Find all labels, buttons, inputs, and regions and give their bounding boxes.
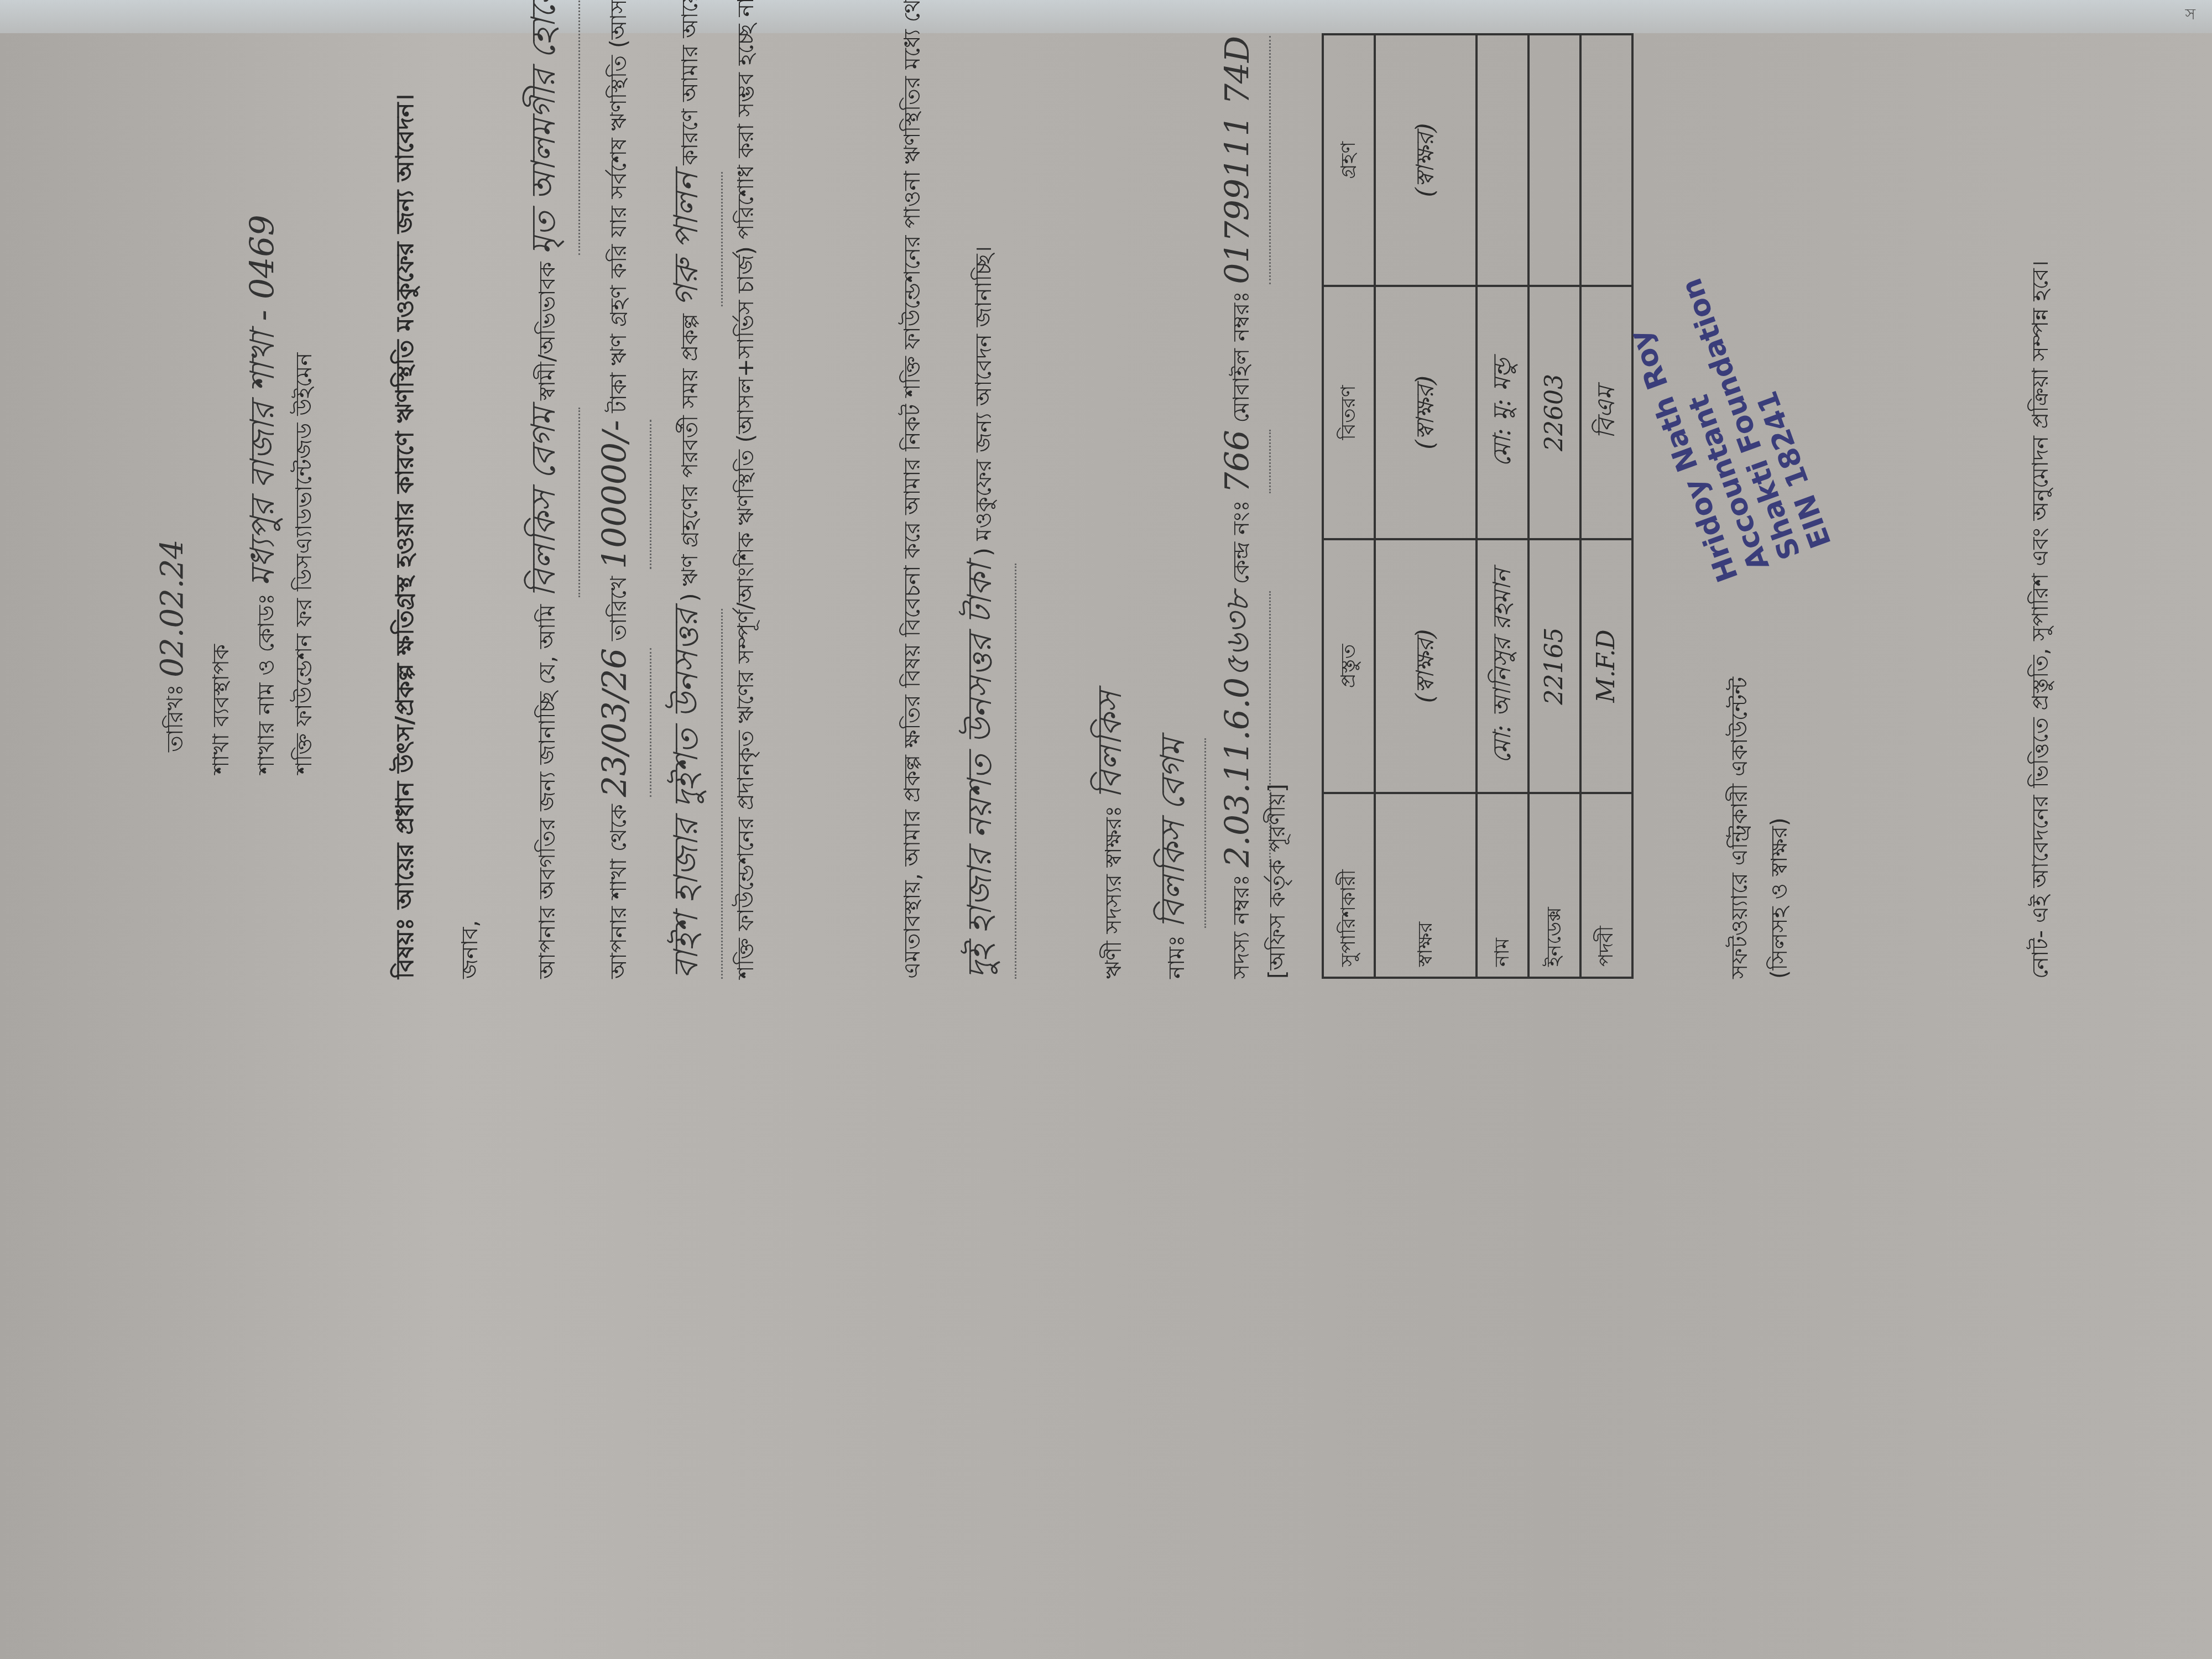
signature-cell: (স্বাক্ষর) [1375,539,1477,793]
member-signature-label: ঋণী সদস্যর স্বাক্ষরঃ [1101,806,1126,979]
date-label: তারিখঃ [163,684,188,752]
background-edge: স [0,0,2212,33]
footer-note: নোট- এই আবেদনের ভিত্তিতে প্রস্তুতি, সুপা… [2024,260,2057,979]
office-table: সুপারিশকারী প্রস্তুত বিতরণ গ্রহণ স্বাক্ষ… [1322,33,1634,979]
member-signature: বিলকিস [1091,691,1129,799]
accountant-block: সফটওয়্যারে এন্ট্রিকারী একাউন্টেন্ট (সিল… [1720,677,1799,979]
org-line: শক্তি ফাউন্ডেশন ফর ডিসএ্যাডভান্টেজড উইমে… [288,215,321,774]
outstanding-words-field: বাইশ হাজার দুইশত উনসত্তর [651,609,723,979]
loan-amount-field: 100000/- [580,420,651,569]
date-value: 02.02.24 [154,539,190,677]
member-info: ঋণী সদস্যর স্বাক্ষরঃ বিলকিস নামঃ বিলকিস … [1078,36,1271,979]
guardian-name-field: মৃত আলমগীর হোসেন [509,0,580,255]
column-header: বিতরণ [1323,286,1375,539]
body-paragraph-2: এমতাবস্থায়, আমার প্রকল্প ক্ষতির বিষয় ব… [874,0,1016,979]
branch-value: মধ্যপুর বাজার শাখা - 0469 [243,215,282,586]
column-header: সুপারিশকারী [1323,793,1375,978]
addressee: শাখা ব্যবস্থাপক শাখার নাম ও কোডঃ মধ্যপুর… [205,215,321,774]
application-letter: তারিখঃ 02.02.24 শাখা ব্যবস্থাপক শাখার না… [55,33,2157,1637]
accountant-label: সফটওয়্যারে এন্ট্রিকারী একাউন্টেন্ট [1720,677,1760,979]
table-row: স্বাক্ষর (স্বাক্ষর) (স্বাক্ষর) (স্বাক্ষর… [1375,34,1477,978]
addressee-title: শাখা ব্যবস্থাপক [205,215,238,774]
table-row: ইনডেক্স 22165 22603 [1528,34,1580,978]
signature-cell: (স্বাক্ষর) [1375,286,1477,539]
mobile-number: 01799111 74D [1206,36,1271,284]
center-number: 766 [1206,430,1271,493]
signature-cell: (স্বাক্ষর) [1375,34,1477,286]
table-row: পদবী M.F.D বিএম [1580,34,1632,978]
body-paragraph-1: আপনার অবগতির জন্য জানাচ্ছি যে, আমি বিলকি… [509,0,769,979]
member-name-field: বিলকিস বেগম [509,408,580,598]
office-section-title: [অফিস কর্তৃক পূরণীয়] [1261,784,1294,979]
project-field: গরু পালন [651,172,723,306]
accountant-stamp: Hridoy Nath Roy Accountant Shakti Founda… [1613,263,1839,586]
branch-label: শাখার নাম ও কোডঃ [254,593,279,774]
accountant-sublabel: (সিলসহ ও স্বাক্ষর) [1760,677,1799,979]
subject-line: বিষয়ঃ আয়ের প্রধান উৎস/প্রকল্প ক্ষতিগ্র… [387,94,424,979]
loan-date-field: 23/03/26 [580,648,651,797]
date-line: তারিখঃ 02.02.24 [149,539,196,752]
table-header-row: সুপারিশকারী প্রস্তুত বিতরণ গ্রহণ [1323,34,1375,978]
corner-mark: স [2185,2,2196,28]
column-header: গ্রহণ [1323,34,1375,286]
table-row: নাম মো: আনিসুর রহমান মো: মু: মন্ডু [1477,34,1528,978]
member-name: বিলকিস বেগম [1141,738,1206,928]
salutation: জনাব, [453,920,487,979]
waiver-words-field: দুই হাজার নয়শত উনসত্তর টাকা [945,564,1016,979]
column-header: প্রস্তুত [1323,539,1375,793]
